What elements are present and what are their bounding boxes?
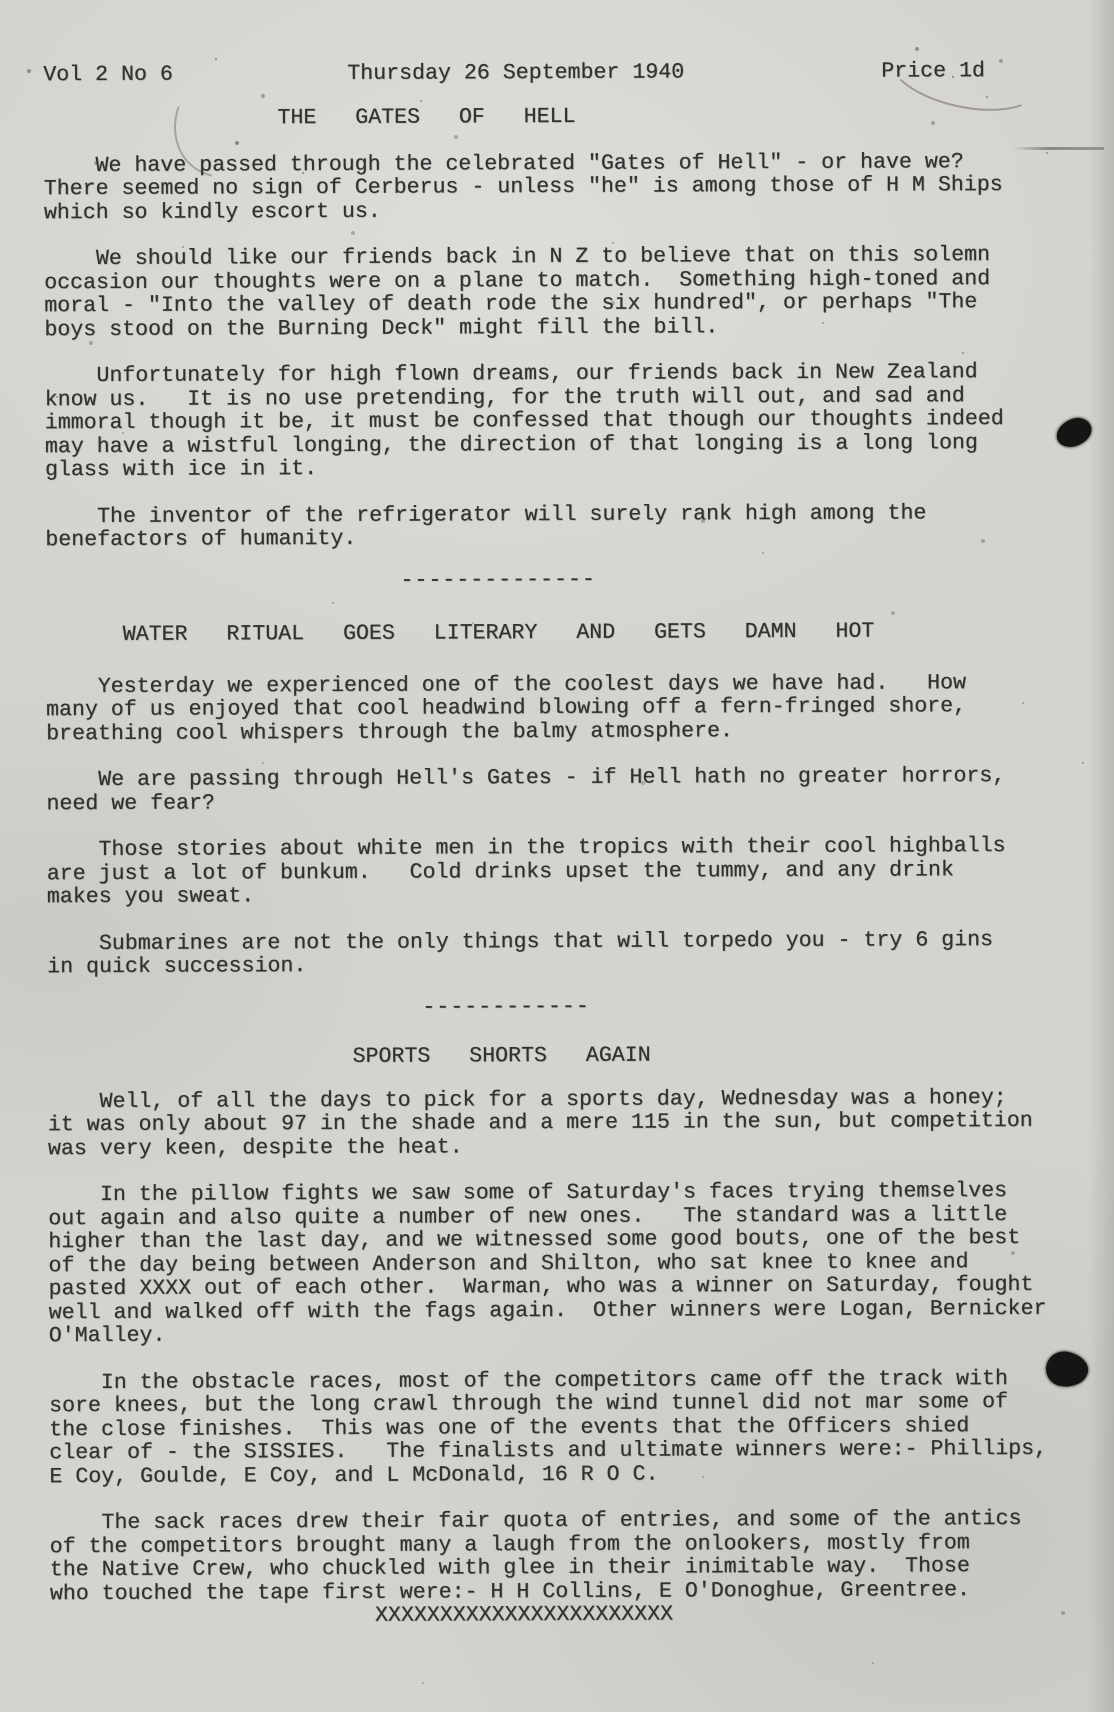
article-paragraph: We have passed through the celebrated "G… — [44, 150, 1110, 225]
article-paragraph: In the obstacle races, most of the compe… — [49, 1367, 1114, 1489]
article-paragraph: The inventor of the refrigerator will su… — [45, 501, 1111, 553]
article-paragraph: Yesterday we experienced one of the cool… — [46, 671, 1112, 746]
article-paragraph: In the pillow fights we saw some of Satu… — [48, 1180, 1114, 1349]
article-paragraph: Submarines are not the only things that … — [47, 928, 1113, 980]
article-title-sports-shorts: SPORTS SHORTS AGAIN — [5, 1041, 1114, 1071]
masthead: Vol 2 No 6 Thursday 26 September 1940 Pr… — [0, 60, 1066, 89]
typewritten-content: Vol 2 No 6 Thursday 26 September 1940 Pr… — [0, 0, 1114, 1712]
article-title-water-ritual: WATER RITUAL GOES LITERARY AND GETS DAMN… — [3, 619, 1114, 648]
article-paragraph: Well, of all the days to pick for a spor… — [48, 1086, 1114, 1161]
article-title-gates-of-hell: THE GATES OF HELL — [0, 103, 1114, 132]
price: Price 1d — [881, 60, 985, 84]
article-paragraph: Unfortunately for high flown dreams, our… — [45, 361, 1112, 483]
issue-date: Thursday 26 September 1940 — [347, 61, 684, 86]
article-paragraph: The sack races drew their fair quota of … — [50, 1508, 1114, 1607]
scanned-newsletter-page: Vol 2 No 6 Thursday 26 September 1940 Pr… — [0, 0, 1114, 1712]
dashed-separator: ------------ — [4, 991, 1114, 1021]
dashed-separator: -------------- — [2, 565, 1114, 595]
article-paragraph: Those stories about white men in the tro… — [47, 835, 1113, 910]
article-paragraph: We are passing through Hell's Gates - if… — [46, 765, 1112, 817]
volume-number: Vol 2 No 6 — [43, 64, 173, 88]
article-paragraph: We should like our friends back in N Z t… — [44, 244, 1110, 343]
